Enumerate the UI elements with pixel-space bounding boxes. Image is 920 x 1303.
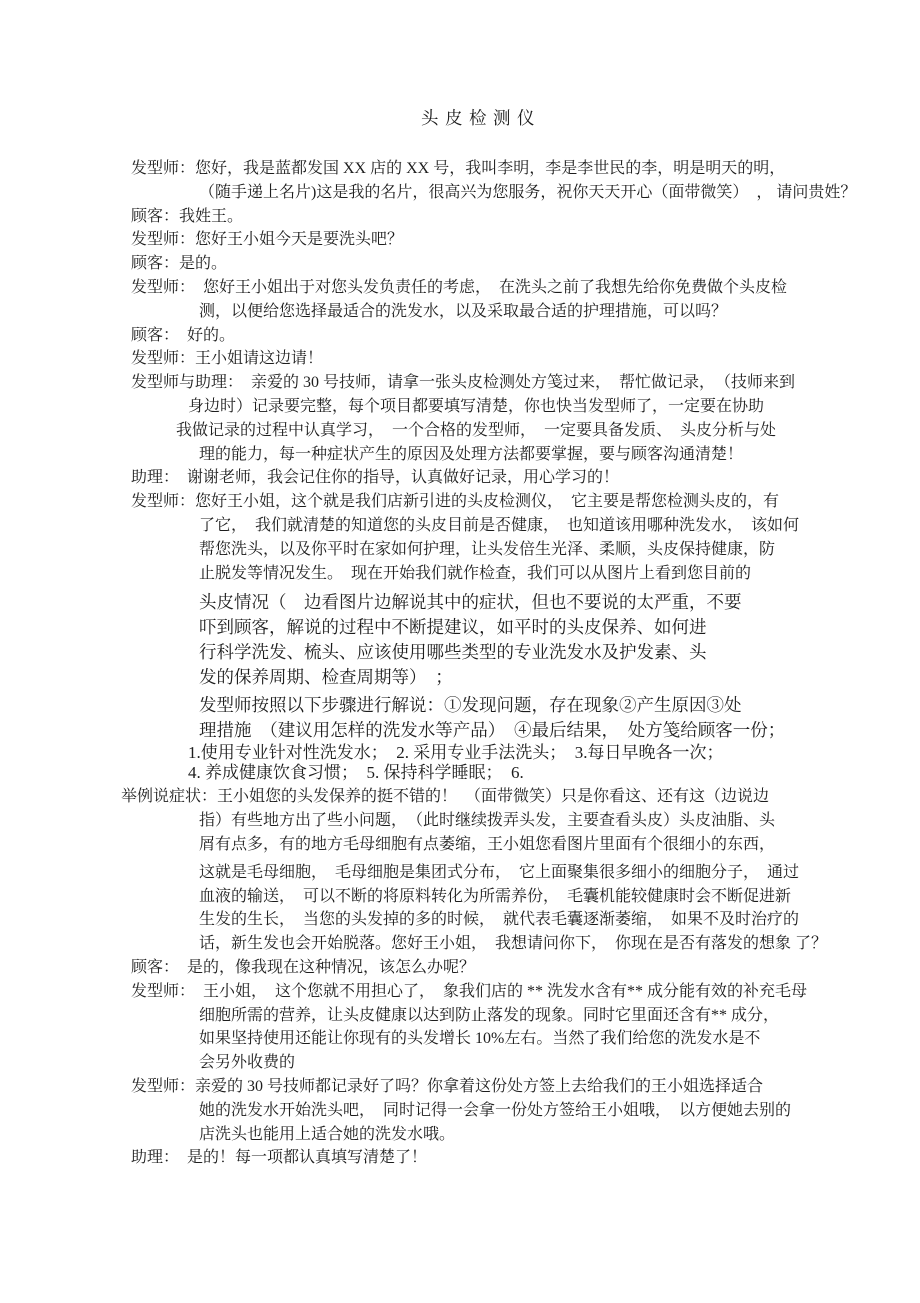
text-line: 发的保养周期、检查周期等） ；	[199, 665, 920, 690]
text-line: 理措施 （建议用怎样的洗发水等产品） ④最后结果， 处方笺给顾客一份；	[199, 718, 920, 743]
text-line: 血液的输送， 可以不断的将原料转化为所需养份， 毛囊机能较健康时会不断促进新	[199, 885, 920, 909]
text-line: 指）有些地方出了些小问题， （此时继续拨弄头发，主要查看头皮）头皮油脂、头	[199, 809, 920, 833]
text-line: 发型师：您好王小姐今天是要洗头吧？	[131, 228, 920, 252]
text-line: 理的能力，每一种症状产生的原因及处理方法都要掌握，要与顾客沟通清楚！	[199, 443, 920, 467]
text-line: 了它， 我们就清楚的知道您的头皮目前是否健康， 也知道该用哪种洗发水， 该如何	[199, 514, 920, 538]
text-line: 发型师：您好王小姐，这个就是我们店新引进的头皮检测仪， 它主要是帮您检测头皮的，…	[131, 490, 920, 514]
text-line: 1.使用专业针对性洗发水； 2. 采用专业手法洗头； 3.每日早晚各一次；	[188, 743, 920, 763]
text-line: 帮您洗头，以及你平时在家如何护理，让头发倍生光泽、柔顺，头皮保持健康，防	[199, 538, 920, 562]
text-line: 发型师： 王小姐， 这个您就不用担心了， 象我们店的 ** 洗发水含有** 成分…	[131, 980, 920, 1004]
text-line: 止脱发等情况发生。 现在开始我们就作检查，我们可以从图片上看到您目前的	[199, 562, 920, 586]
text-line: 顾客： 是的，像我现在这种情况，该怎么办呢？	[131, 956, 920, 980]
text-line: （随手递上名片)这是我的名片，很高兴为您服务，祝你天天开心（面带微笑） ， 请问…	[199, 181, 920, 205]
text-line: 4. 养成健康饮食习惯； 5. 保持科学睡眠； 6.	[188, 763, 920, 783]
text-line: 这就是毛母细胞， 毛母细胞是集团式分布， 它上面聚集很多细小的细胞分子， 通过	[199, 861, 920, 885]
text-line: 助理： 谢谢老师，我会记住你的指导，认真做好记录，用心学习的！	[131, 466, 920, 490]
text-line: 细胞所需的营养，让头皮健康以达到防止落发的现象。同时它里面还含有** 成分，	[199, 1004, 920, 1028]
text-line: 发型师与助理： 亲爱的 30 号技师，请拿一张头皮检测处方笺过来， 帮忙做记录，…	[131, 371, 920, 395]
text-line: 顾客： 好的。	[131, 324, 920, 348]
text-line: 店洗头也能用上适合她的洗发水哦。	[199, 1123, 920, 1147]
text-line: 身边时）记录要完整，每个项目都要填写清楚，你也快当发型师了，一定要在协助	[188, 395, 920, 419]
text-line: 话，新生发也会开始脱落。您好王小姐， 我想请问你下， 你现在是否有落发的想象 了…	[199, 932, 920, 956]
document-body: 发型师：您好，我是蓝都发国 XX 店的 XX 号，我叫李明，李是李世民的李，明是…	[0, 157, 920, 1170]
text-line: 顾客：是的。	[131, 252, 920, 276]
text-line: 助理： 是的！每一项都认真填写清楚了！	[131, 1146, 920, 1170]
text-line: 我做记录的过程中认真学习， 一个合格的发型师， 一定要具备发质、 头皮分析与处	[176, 419, 920, 443]
text-line: 发型师： 您好王小姐出于对您头发负责任的考虑， 在洗头之前了我想先给你免费做个头…	[131, 276, 920, 300]
text-line: 发型师：王小姐请这边请！	[131, 347, 920, 371]
text-line: 行科学洗发、梳头、应该使用哪些类型的专业洗发水及护发素、头	[199, 640, 920, 665]
text-line: 吓到顾客，解说的过程中不断提建议，如平时的头皮保养、如何进	[199, 615, 920, 640]
text-line: 头皮情况（ 边看图片边解说其中的症状，但也不要说的太严重，不要	[199, 590, 920, 615]
text-line: 测，以便给您选择最适合的洗发水，以及采取最合适的护理措施，可以吗？	[199, 300, 920, 324]
text-line: 发型师：亲爱的 30 号技师都记录好了吗？你拿着这份处方签上去给我们的王小姐选择…	[131, 1075, 920, 1099]
text-line: 生发的生长， 当您的头发掉的多的时候， 就代表毛囊逐渐萎缩， 如果不及时治疗的	[199, 908, 920, 932]
text-line: 发型师按照以下步骤进行解说：①发现问题，存在现象②产生原因③处	[199, 693, 920, 718]
text-line: 她的洗发水开始洗头吧， 同时记得一会拿一份处方签给王小姐哦， 以方便她去别的	[199, 1099, 920, 1123]
text-line: 顾客：我姓王。	[131, 205, 920, 229]
text-line: 如果坚持使用还能让你现有的头发增长 10%左右。当然了我们给您的洗发水是不	[199, 1027, 920, 1051]
document-page: 头皮检测仪 发型师：您好，我是蓝都发国 XX 店的 XX 号，我叫李明，李是李世…	[0, 0, 920, 1303]
document-title: 头皮检测仪	[421, 106, 920, 130]
text-line: 会另外收费的	[199, 1051, 920, 1075]
text-line: 举例说症状：王小姐您的头发保养的挺不错的！ （面带微笑）只是你看这、还有这（边说…	[121, 785, 920, 809]
text-line: 屑有点多，有的地方毛母细胞有点萎缩，王小姐您看图片里面有个很细小的东西，	[199, 833, 920, 857]
text-line: 发型师：您好，我是蓝都发国 XX 店的 XX 号，我叫李明，李是李世民的李，明是…	[131, 157, 920, 181]
